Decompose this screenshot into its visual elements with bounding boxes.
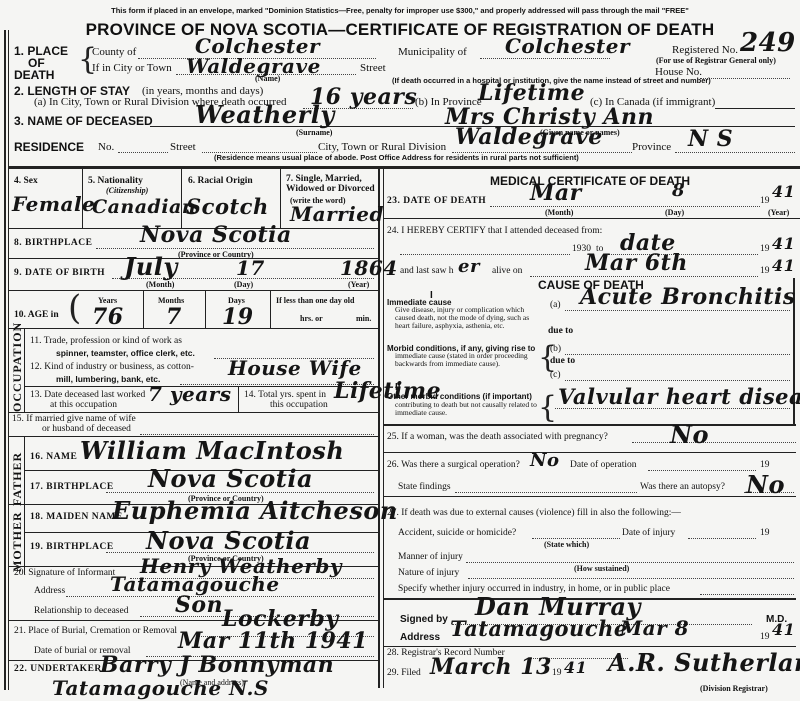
mother-birthplace-label: 19. BIRTHPLACE: [30, 542, 114, 552]
due-to-label-1: due to: [548, 326, 573, 336]
age-less-than-day-label: If less than one day old: [276, 296, 354, 305]
stay-canada-line: [715, 108, 795, 109]
q14-label: 14. Total yrs. spent in: [244, 390, 326, 400]
dob-label: 9. DATE OF BIRTH: [14, 268, 105, 278]
cause-b-line: [565, 354, 790, 355]
residence-city-value[interactable]: Waldegrave: [455, 124, 603, 150]
relationship-value[interactable]: Son: [175, 592, 223, 618]
q25-line: [632, 442, 796, 443]
residence-province-label: Province: [632, 141, 671, 153]
q27-specify-line: [700, 594, 794, 595]
father-name-label: 16. NAME: [30, 452, 77, 462]
left-border-inner: [8, 30, 9, 690]
other-morbid-value[interactable]: Valvular heart disease: [558, 384, 800, 409]
dod-day[interactable]: 8: [672, 180, 685, 201]
q13-sub: at this occupation: [50, 400, 117, 410]
division-registrar-sub: (Division Registrar): [700, 684, 768, 693]
q27-nature-label: Nature of injury: [398, 568, 459, 578]
row-line: [384, 452, 796, 453]
dod-month[interactable]: Mar: [530, 180, 582, 206]
surname-value[interactable]: Weatherly: [195, 100, 335, 129]
dob-month-sub: (Month): [146, 280, 174, 289]
stay-province-value[interactable]: Lifetime: [478, 80, 585, 106]
q26-autopsy-label: Was there an autopsy?: [640, 482, 725, 492]
father-name-value[interactable]: William MacIntosh: [80, 436, 344, 465]
row-line: [384, 424, 796, 426]
q26-autopsy-value[interactable]: No: [746, 470, 785, 499]
burial-date-value[interactable]: Mar 11th 1941: [178, 628, 368, 654]
age-years-value[interactable]: 76: [92, 304, 124, 330]
nationality-label: 5. Nationality: [88, 176, 143, 186]
dob-day[interactable]: 17: [236, 256, 265, 280]
cause-a-label: (a): [550, 300, 561, 310]
dod-year-sub: (Year): [768, 208, 789, 217]
residence-no-line: [118, 152, 168, 153]
brace: (: [68, 288, 81, 328]
father-birthplace-label: 17. BIRTHPLACE: [30, 482, 114, 492]
signature-address-value[interactable]: Tatamagouche: [450, 616, 628, 641]
q26-date-label: Date of operation: [570, 460, 636, 470]
row-line: [384, 496, 796, 497]
certify-from-line: [400, 254, 570, 255]
dod-day-sub: (Day): [665, 208, 684, 217]
county-label: County of: [92, 46, 136, 58]
street-label: Street: [360, 62, 386, 74]
mother-birthplace-value[interactable]: Nova Scotia: [146, 526, 311, 555]
q27-accident-line: [532, 538, 620, 539]
medical-certificate-title: MEDICAL CERTIFICATE OF DEATH: [490, 174, 690, 188]
q26-findings-label: State findings: [398, 482, 451, 492]
spouse-label: 15. If married give name of wife: [12, 414, 136, 424]
q26-findings-line: [455, 492, 637, 493]
surname-sub: (Surname): [296, 128, 332, 137]
cause-b-label: (b): [550, 344, 561, 354]
city-label: If in City or Town: [92, 62, 172, 74]
dob-year-sub: (Year): [348, 280, 369, 289]
relationship-label: Relationship to deceased: [34, 606, 128, 616]
dod-line: [490, 206, 760, 207]
dod-month-sub: (Month): [545, 208, 573, 217]
col-div: [143, 290, 144, 328]
signature-year[interactable]: 41: [772, 620, 795, 639]
col-div: [238, 386, 239, 412]
q25-label: 25. If a woman, was the death associated…: [387, 432, 608, 442]
center-divider-inner: [383, 168, 384, 688]
center-divider: [378, 168, 380, 688]
dob-month[interactable]: July: [124, 252, 178, 281]
age-days-value[interactable]: 19: [222, 304, 254, 330]
certify-label: 24. I HEREBY CERTIFY that I attended dec…: [387, 226, 602, 236]
racial-origin-value[interactable]: Scotch: [186, 194, 269, 219]
residence-note: (Residence means usual place of abode. P…: [214, 153, 579, 162]
q11-label: 11. Trade, profession or kind of work as: [30, 336, 182, 346]
nationality-sub: (Citizenship): [106, 186, 148, 195]
row-line: [8, 328, 378, 329]
date-of-death-label: 23. DATE OF DEATH: [387, 196, 486, 206]
q11-sub: spinner, teamster, office clerk, etc.: [56, 348, 195, 358]
cause-a-value[interactable]: Acute Bronchitis: [580, 284, 796, 310]
place-of-death-label-death: DEATH: [14, 68, 54, 82]
residence-province-line: [675, 152, 795, 153]
filed-date-value[interactable]: March 13: [430, 654, 552, 680]
q12-sub: mill, lumbering, bank, etc.: [56, 374, 160, 384]
q25-value[interactable]: No: [670, 420, 709, 449]
informant-label: 20. Signature of Informant: [14, 568, 115, 578]
dob-day-sub: (Day): [234, 280, 253, 289]
row-line: [8, 412, 378, 413]
name-of-deceased-label: 3. NAME OF DECEASED: [14, 114, 153, 128]
undertaker-name-value[interactable]: Barry J Bonnyman: [100, 652, 334, 678]
residence-city-label: City, Town or Rural Division: [318, 141, 446, 153]
dob-year[interactable]: 1864: [340, 256, 398, 280]
row-line: [384, 218, 800, 219]
due-to-label-2: due to: [550, 356, 575, 366]
signed-by-label: Signed by: [400, 614, 448, 625]
mother-maiden-value[interactable]: Euphemia Aitcheson: [112, 496, 398, 525]
q27-accident-label: Accident, suicide or homicide?: [398, 528, 516, 538]
certificate-title: PROVINCE OF NOVA SCOTIA—CERTIFICATE OF R…: [0, 20, 800, 40]
q27-manner-sub: (How sustained): [574, 564, 629, 573]
birthplace-label: 8. BIRTHPLACE: [14, 238, 92, 248]
q27-accident-sub: (State which): [544, 540, 589, 549]
registered-number-label: Registered No.: [672, 44, 738, 56]
sex-label: 4. Sex: [14, 176, 38, 186]
cause-c-line: [565, 380, 790, 381]
signature-date-value[interactable]: Mar 8: [620, 616, 689, 640]
mother-side-label: MOTHER: [10, 508, 25, 572]
father-side-label: FATHER: [10, 440, 25, 506]
spouse-sub: or husband of deceased: [42, 424, 131, 434]
age-hrs-label: hrs. or: [300, 314, 323, 323]
municipality-value[interactable]: Colchester: [505, 34, 630, 58]
section-divider: [8, 166, 800, 169]
filed-year-prefix: 19: [552, 668, 562, 678]
last-saw-pronoun[interactable]: er: [458, 256, 480, 277]
mailing-notice: This form if placed in an envelope, mark…: [0, 6, 800, 15]
alive-on-value[interactable]: Mar 6th: [585, 250, 688, 276]
city-sub: (Name): [255, 74, 280, 83]
signature-year-prefix: 19: [760, 632, 770, 642]
q12-label: 12. Kind of industry or business, as cot…: [30, 362, 194, 372]
registered-number-value[interactable]: 249: [740, 28, 796, 58]
cause-a-line: [565, 310, 790, 311]
q27-date-label: Date of injury: [622, 528, 675, 538]
burial-place-label: 21. Place of Burial, Cremation or Remova…: [14, 626, 177, 636]
q26-date-line: [648, 470, 756, 471]
q27-label: 27. If death was due to external causes …: [387, 508, 681, 518]
q27-manner-label: Manner of injury: [398, 552, 463, 562]
q27-nature-line: [468, 578, 794, 579]
division-registrar-value[interactable]: A.R. Sutherland: [608, 648, 800, 677]
signature-address-label: Address: [400, 632, 440, 643]
filed-year[interactable]: 41: [564, 658, 587, 677]
sex-value[interactable]: Female: [12, 192, 95, 216]
q14-sub: this occupation: [270, 400, 328, 410]
col-div: [270, 290, 271, 328]
occupation-side-label: OCCUPATION: [10, 332, 25, 412]
spouse-line: [140, 434, 374, 435]
q27-date-line: [688, 538, 756, 539]
residence-street-label: Street: [170, 141, 196, 153]
q27-year-prefix: 19: [760, 528, 770, 538]
age-min-label: min.: [356, 314, 371, 323]
nationality-value[interactable]: Canadian: [92, 196, 196, 218]
other-morbid-note: contributing to death but not causally r…: [395, 401, 537, 417]
municipality-label: Municipality of: [398, 46, 467, 58]
col-div: [205, 290, 206, 328]
col-div: [24, 328, 25, 412]
marital-status-label: 7. Single, Married, Widowed or Divorced: [286, 174, 376, 194]
morbid-conditions-note: immediate cause (stated in order proceed…: [395, 352, 537, 368]
q13-label: 13. Date deceased last worked: [30, 390, 145, 400]
cause-c-label: (c): [550, 370, 561, 380]
father-birthplace-value[interactable]: Nova Scotia: [148, 464, 313, 493]
residence-label: RESIDENCE: [14, 140, 84, 154]
last-saw-label: and last saw h: [400, 266, 454, 276]
residence-no-label: No.: [98, 141, 114, 153]
q26-year-prefix: 19: [760, 460, 770, 470]
q12-value[interactable]: House Wife: [228, 356, 362, 380]
q27-manner-line: [466, 562, 794, 563]
dod-year[interactable]: 41: [772, 182, 795, 201]
death-certificate: This form if placed in an envelope, mark…: [0, 0, 800, 701]
birthplace-value[interactable]: Nova Scotia: [140, 222, 292, 248]
mother-maiden-label: 18. MAIDEN NAME: [30, 512, 123, 522]
q26-value[interactable]: No: [530, 450, 559, 471]
undertaker-address-value[interactable]: Tatamagouche N.S: [52, 676, 269, 700]
residence-province-value[interactable]: N S: [688, 126, 733, 152]
col-div: [280, 168, 281, 228]
q13-value[interactable]: 7 years: [148, 382, 231, 406]
informant-address-label: Address: [34, 586, 65, 596]
undertaker-label: 22. UNDERTAKER: [14, 664, 102, 674]
left-border: [4, 30, 6, 690]
alive-year-prefix: 19: [760, 266, 770, 276]
marital-status-value[interactable]: Married: [290, 202, 384, 226]
q29-label: 29. Filed: [387, 668, 421, 678]
row-line: [8, 258, 378, 259]
certify-to-year-prefix: 19: [760, 244, 770, 254]
dod-year-prefix: 19: [760, 196, 770, 206]
age-label: 10. AGE in: [14, 310, 59, 320]
alive-on-label: alive on: [492, 266, 522, 276]
alive-year[interactable]: 41: [772, 256, 795, 275]
age-months-value[interactable]: 7: [166, 304, 182, 330]
q26-label: 26. Was there a surgical operation?: [387, 460, 520, 470]
immediate-cause-note: Give disease, injury or complication whi…: [395, 306, 537, 330]
alive-on-line: [530, 276, 758, 277]
city-value[interactable]: Waldegrave: [186, 54, 321, 78]
municipality-line: [480, 58, 610, 59]
registered-note: (For use of Registrar General only): [656, 56, 776, 65]
row-line: [384, 646, 796, 647]
racial-origin-label: 6. Racial Origin: [188, 176, 253, 186]
house-line: [700, 78, 790, 79]
row-line: [8, 290, 378, 291]
birthplace-line: [96, 248, 374, 249]
certify-to-year[interactable]: 41: [772, 234, 795, 253]
